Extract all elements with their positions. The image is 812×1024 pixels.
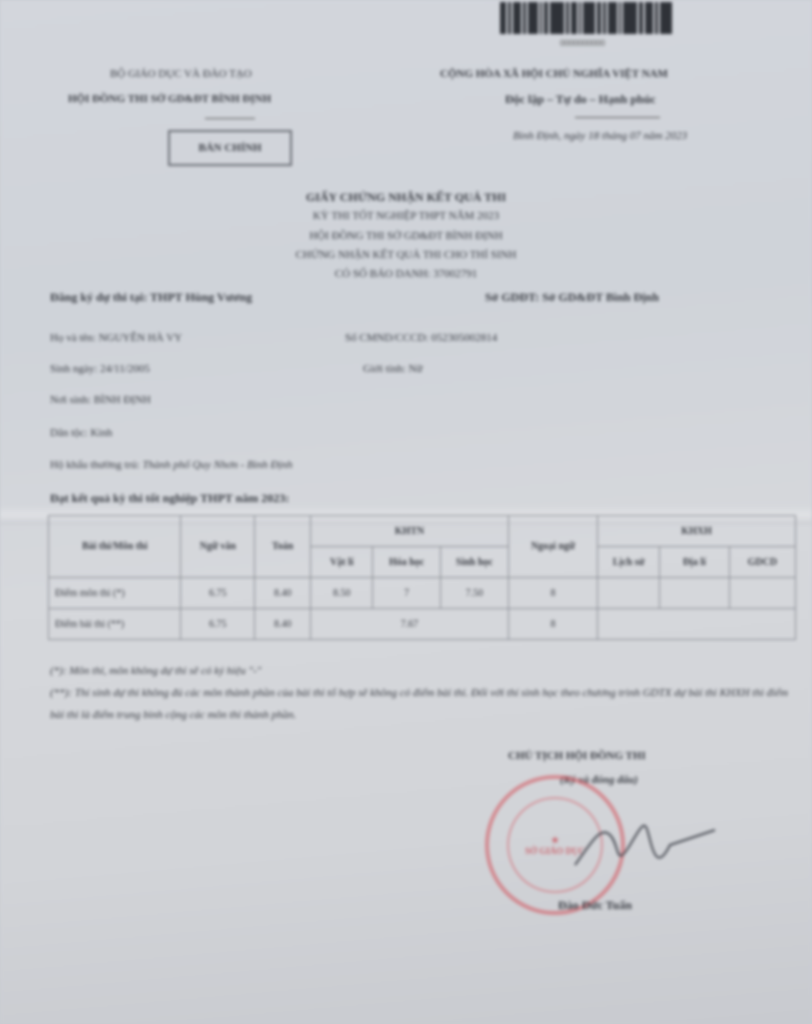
header-language: Ngoại ngữ — [508, 516, 597, 578]
exam-council: HỘI ĐỒNG THI SỞ GD&ĐT BÌNH ĐỊNH — [0, 230, 812, 242]
cell-language: 8 — [508, 609, 597, 640]
table-row: Điểm bài thi (**) 6.75 8.40 7.67 8 — [49, 609, 796, 640]
table-row: Điểm môn thi (*) 6.75 8.40 8.50 7 7.50 8 — [49, 578, 796, 609]
residence-row: Hộ khẩu thường trú: Thành phố Quy Nhơn -… — [50, 459, 293, 471]
header-civics: GDCD — [729, 547, 795, 578]
divider — [205, 118, 255, 119]
certificate-paper: 0000000000 BỘ GIÁO DỤC VÀ ĐÀO TẠO HỘI ĐỒ… — [0, 0, 812, 1024]
id-label: Số CMND/CCCD: — [345, 332, 428, 344]
header-subject: Bài thi/Môn thi — [49, 516, 181, 578]
name-label: Họ và tên: — [50, 332, 96, 344]
cell-chemistry: 7 — [373, 578, 441, 609]
id-value: 052305002814 — [431, 332, 497, 344]
ethnicity-label: Dân tộc: — [50, 427, 88, 439]
gender-value: Nữ — [409, 363, 423, 375]
gender-row: Giới tính: Nữ — [363, 363, 422, 375]
copy-label: BẢN CHÍNH — [168, 130, 292, 166]
birthplace-value: BÌNH ĐỊNH — [94, 394, 151, 406]
footnote-2: (**): Thí sinh dự thi không đủ các môn t… — [50, 682, 795, 726]
header-math: Toán — [255, 516, 311, 578]
cell-literature: 6.75 — [181, 578, 255, 609]
header-social-group: KHXH — [598, 516, 796, 547]
barcode — [500, 2, 730, 34]
council-name: HỘI ĐỒNG THI SỞ GD&ĐT BÌNH ĐỊNH — [68, 93, 271, 105]
header-chemistry: Hóa học — [373, 547, 441, 578]
name-value: NGUYỄN HÀ VY — [99, 332, 183, 344]
header-history: Lịch sử — [598, 547, 660, 578]
header-geography: Địa lí — [660, 547, 730, 578]
cell-civics — [729, 578, 795, 609]
cell-math: 8.40 — [255, 609, 311, 640]
dob-row: Sinh ngày: 24/11/2005 — [50, 363, 150, 375]
certify-line: CHỨNG NHẬN KẾT QUẢ THI CHO THÍ SINH — [0, 249, 812, 261]
registration-site: Đăng ký dự thi tại: THPT Hùng Vương — [50, 290, 252, 305]
gender-label: Giới tính: — [363, 363, 406, 375]
signer-title: CHỦ TỊCH HỘI ĐỒNG THI — [508, 750, 646, 762]
header-physics: Vật lí — [311, 547, 373, 578]
results-heading: Đạt kết quả kỳ thi tốt nghiệp THPT năm 2… — [50, 491, 289, 506]
issue-date: Bình Định, ngày 18 tháng 07 năm 2023 — [513, 130, 687, 142]
candidate-number: CÓ SỐ BÁO DANH: 37002791 — [0, 268, 812, 280]
cell-natural-total: 7.67 — [311, 609, 509, 640]
row-label: Điểm bài thi (**) — [49, 609, 181, 640]
cell-literature: 6.75 — [181, 609, 255, 640]
birthplace-row: Nơi sinh: BÌNH ĐỊNH — [50, 394, 151, 406]
table-header-row: Bài thi/Môn thi Ngữ văn Toán KHTN Ngoại … — [49, 516, 796, 547]
cell-physics: 8.50 — [311, 578, 373, 609]
certificate-title: GIẤY CHỨNG NHẬN KẾT QUẢ THI — [0, 190, 812, 205]
seal-star-icon: ★ — [551, 835, 559, 846]
name-row: Họ và tên: NGUYỄN HÀ VY — [50, 332, 182, 344]
footnote-1: (*): Môn thi, môn không dự thi sẽ có ký … — [50, 660, 795, 682]
ministry-name: BỘ GIÁO DỤC VÀ ĐÀO TẠO — [110, 68, 252, 80]
ethnicity-value: Kinh — [90, 427, 112, 439]
cell-geography — [660, 578, 730, 609]
header-natural-group: KHTN — [311, 516, 509, 547]
nation-title: CỘNG HÒA XÃ HỘI CHỦ NGHĨA VIỆT NAM — [440, 68, 668, 80]
divider — [575, 117, 660, 118]
dob-value: 24/11/2005 — [100, 363, 150, 375]
exam-name: KỲ THI TỐT NGHIỆP THPT NĂM 2023 — [0, 210, 812, 222]
row-label: Điểm môn thi (*) — [49, 578, 181, 609]
cell-biology: 7.50 — [440, 578, 508, 609]
cell-history — [598, 578, 660, 609]
residence-value: Thành phố Quy Nhơn - Bình Định — [142, 459, 292, 471]
cell-social-total — [598, 609, 796, 640]
header-biology: Sinh học — [440, 547, 508, 578]
signer-name: Đào Đức Tuấn — [558, 898, 632, 913]
ethnicity-row: Dân tộc: Kinh — [50, 427, 112, 439]
cell-math: 8.40 — [255, 578, 311, 609]
id-row: Số CMND/CCCD: 052305002814 — [345, 332, 497, 344]
signature-scribble — [570, 815, 720, 875]
dob-label: Sinh ngày: — [50, 363, 97, 375]
barcode-number: 0000000000 — [560, 38, 605, 48]
header-literature: Ngữ văn — [181, 516, 255, 578]
registration-dept: Sở GDĐT: Sở GD&ĐT Bình Định — [485, 290, 659, 305]
cell-language: 8 — [508, 578, 597, 609]
residence-label: Hộ khẩu thường trú: — [50, 459, 140, 471]
nation-motto: Độc lập – Tự do – Hạnh phúc — [505, 92, 656, 107]
score-table: Bài thi/Môn thi Ngữ văn Toán KHTN Ngoại … — [48, 515, 796, 640]
birthplace-label: Nơi sinh: — [50, 394, 91, 406]
